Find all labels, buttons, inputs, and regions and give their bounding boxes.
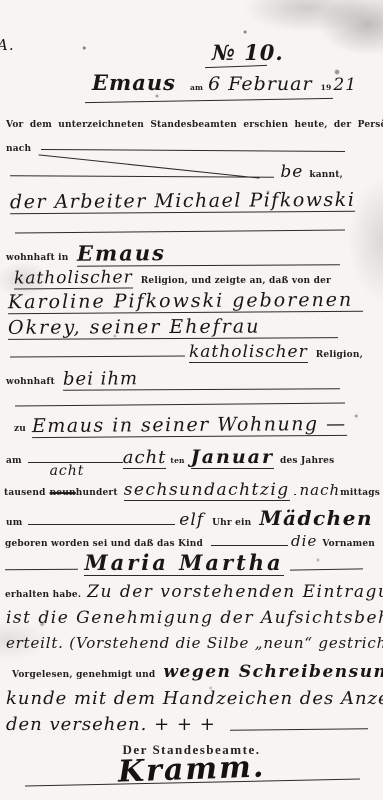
- hour-value: elf: [179, 510, 204, 530]
- bekannt-line: be kannt,: [10, 162, 343, 182]
- nach-label: nach: [6, 144, 31, 154]
- closing-line-4: Vorgelesen, genehmigt und wegen Schreibe…: [12, 662, 379, 682]
- blank-rule-2: [15, 403, 345, 407]
- residence-label: wohnhaft in: [6, 253, 69, 263]
- born-line: geboren worden sei und daß das Kind die …: [5, 532, 375, 550]
- birthplace-line: zu Emaus in seiner Wohnung —: [14, 414, 334, 437]
- declarant-line: der Arbeiter Michael Pifkowski: [10, 190, 335, 213]
- correction-above: acht: [50, 463, 85, 479]
- birthplace-value: Emaus in seiner Wohnung —: [32, 413, 347, 437]
- article-value: die: [291, 532, 317, 550]
- nach-line: nach: [6, 144, 345, 154]
- born-label: geboren worden sei und daß das Kind: [5, 539, 203, 549]
- religion1-line: katholischer Religion, und zeigte an, da…: [14, 268, 379, 289]
- zu-label: zu: [14, 424, 26, 434]
- record-number-underline: [205, 65, 267, 68]
- hundert-label: hundert: [76, 488, 118, 498]
- corner-mark: A.: [0, 36, 15, 54]
- place-value: Emaus: [92, 70, 176, 95]
- sex-value: Mädchen: [259, 506, 373, 530]
- blank-rule-religion2: [10, 356, 185, 358]
- record-number: № 10.: [212, 40, 284, 65]
- residence2-line: wohnhaft bei ihm: [6, 368, 340, 390]
- birthyear-line: tausend acht neunhundert sechsundachtzig…: [4, 480, 380, 501]
- religion2-value: katholischer: [189, 342, 308, 362]
- closing-line-1: erhalten habe. Zu der vorstehenden Eintr…: [5, 582, 379, 602]
- blank-rule-name-left: [5, 569, 78, 570]
- month-value: Januar: [191, 446, 274, 468]
- des-jahres-label: des Jahres: [280, 456, 334, 466]
- mother-line-2: Okrey, seiner Ehefrau: [8, 316, 338, 339]
- blank-rule-hour: [28, 524, 175, 525]
- blank-rule-nach: [41, 149, 345, 152]
- yearword-value: sechsundachtzig: [124, 480, 290, 500]
- closing1-written: Zu der vorstehenden Eintragung: [87, 582, 383, 602]
- mother-line-1: Karoline Pifkowski geborenen: [8, 290, 363, 313]
- year-value: 21: [333, 75, 357, 95]
- religion2-line: katholischer Religion,: [10, 342, 373, 363]
- am2-label: am: [6, 456, 22, 466]
- religion1-label: Religion, und zeigte an, daß von der: [141, 276, 331, 286]
- blank-rule-1: [15, 230, 345, 234]
- vorgelesen-label: Vorgelesen, genehmigt und: [12, 670, 155, 680]
- blank-rule-bekannt: [10, 175, 274, 177]
- residence-line: wohnhaft in Emaus: [6, 240, 340, 266]
- closing-line-5: kunde mit dem Handzeichen des Anzeigen-: [6, 688, 383, 709]
- closing3-written: erteilt. (Vorstehend die Silbe „neun“ ge…: [6, 634, 383, 652]
- closing4-written: wegen Schreibensun-: [163, 662, 383, 682]
- um-label: um: [6, 518, 22, 528]
- closing6-written: den versehen. + + +: [6, 714, 216, 735]
- mittags-label: mittags: [340, 488, 380, 498]
- blank-rule-final: [230, 728, 368, 730]
- closing2-written: ist die Genehmigung der Aufsichtsbehörde: [6, 608, 383, 628]
- blank-rule-daytime: [294, 494, 297, 495]
- residence2-label: wohnhaft: [6, 377, 55, 387]
- religion1-value: katholischer: [14, 267, 133, 288]
- signature: Kramm.: [0, 752, 383, 787]
- closing-line-6: den versehen. + + +: [6, 714, 368, 735]
- tausend-label: tausend: [4, 488, 46, 498]
- closing-line-2: ist die Genehmigung der Aufsichtsbehörde: [6, 608, 383, 628]
- vornamen-label: Vornamen: [322, 539, 375, 549]
- religion2-label: Religion,: [316, 350, 363, 360]
- place-date-line: Emaus am 6 Februar 19 21: [92, 70, 357, 95]
- struck-syllable: neun: [50, 488, 76, 498]
- uhr-ein-label: Uhr ein: [212, 518, 251, 528]
- be-written: be: [280, 162, 303, 182]
- scanned-record-page: A. № 10. Emaus am 6 Februar 19 21 Vor de…: [0, 0, 383, 800]
- corrected-syllable-group: acht neunhundert: [50, 480, 118, 499]
- closing5-written: kunde mit dem Handzeichen des Anzeigen-: [6, 688, 383, 709]
- birth-hour-line: um elf Uhr ein Mädchen: [6, 506, 373, 530]
- ten-label: ten: [170, 456, 184, 465]
- residence2-value: bei ihm: [63, 368, 138, 389]
- erhalten-label: erhalten habe.: [5, 590, 81, 600]
- kannt-label: kannt,: [309, 170, 343, 180]
- child-name: Maria Martha: [84, 550, 283, 575]
- residence-value: Emaus: [76, 240, 165, 265]
- day-value: acht: [123, 447, 167, 468]
- blank-rule-article: [211, 545, 288, 546]
- daytime-value: nach: [299, 481, 340, 499]
- child-name-line: Maria Martha: [5, 550, 363, 576]
- am-label: am: [190, 83, 203, 92]
- place-date-underline: [85, 98, 333, 103]
- blank-rule-name-right: [290, 568, 363, 570]
- year-printed: 19: [321, 83, 332, 92]
- intro-line: Vor dem unterzeichneten Standesbeamten e…: [6, 120, 379, 130]
- date-value: 6 Februar: [208, 73, 312, 95]
- closing-line-3: erteilt. (Vorstehend die Silbe „neun“ ge…: [6, 634, 383, 652]
